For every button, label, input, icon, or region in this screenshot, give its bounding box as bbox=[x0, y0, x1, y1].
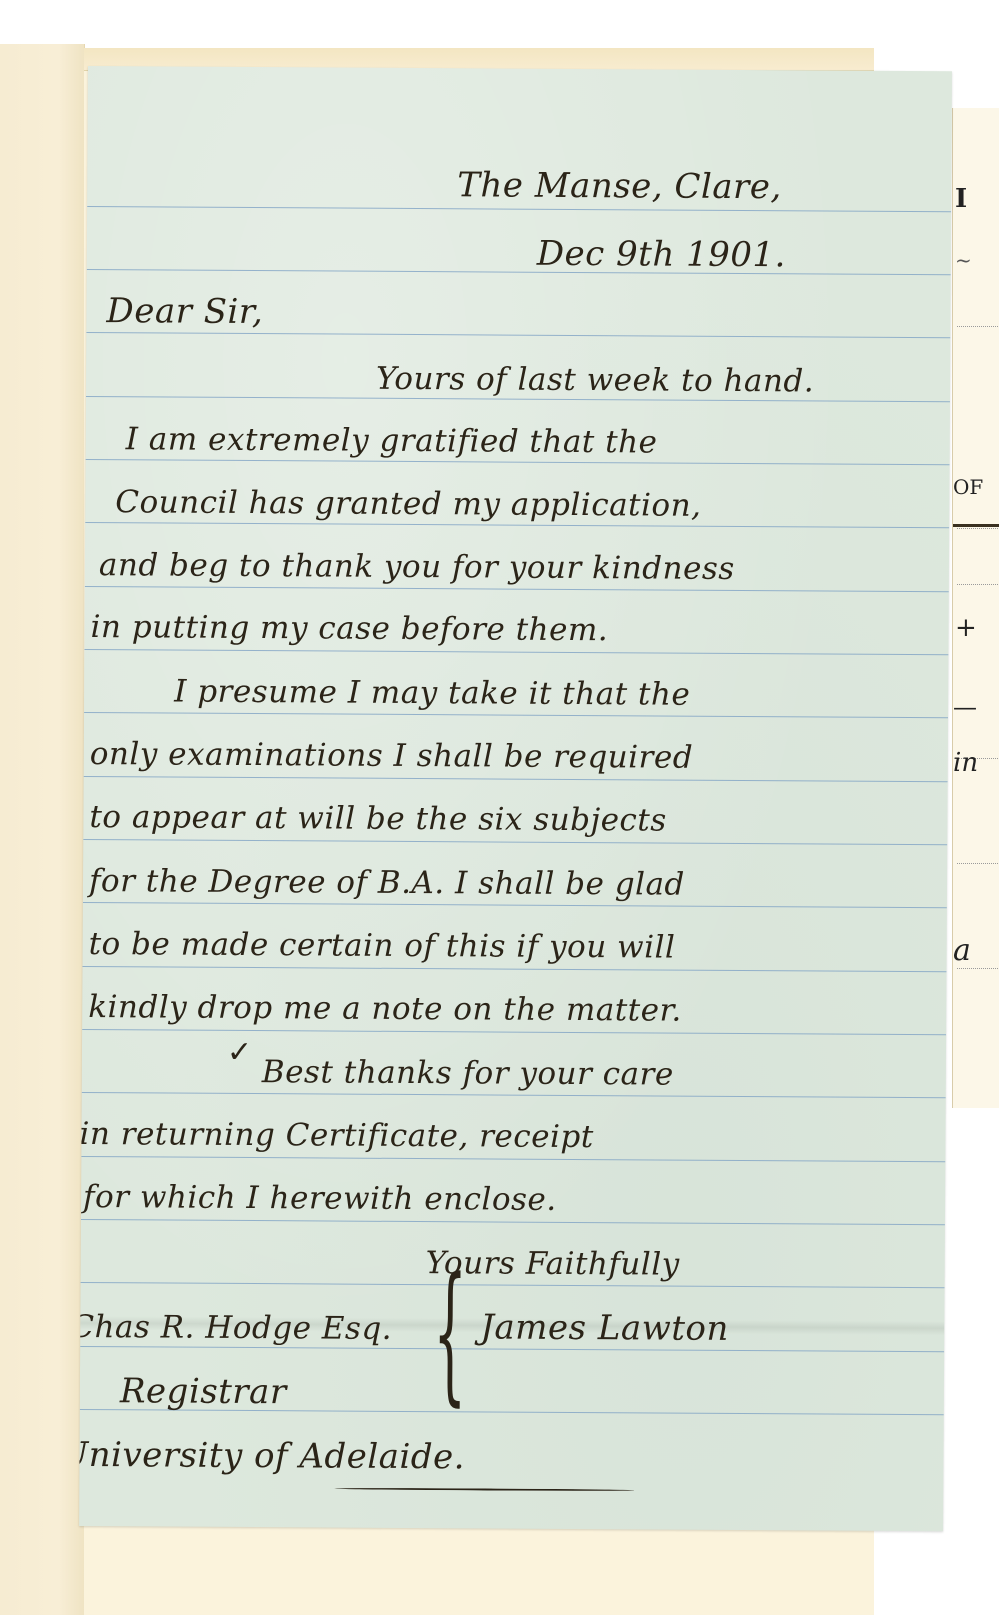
bracket-divider: { bbox=[433, 1258, 467, 1408]
ruled-line bbox=[83, 839, 947, 845]
dotted-rule bbox=[957, 968, 999, 969]
adjacent-printed-document: I ~ OF + — in a bbox=[952, 108, 999, 1108]
body-line-8: to appear at will be the six subjects bbox=[89, 802, 666, 837]
recipient-title: Registrar bbox=[120, 1374, 287, 1409]
body-line-6: I presume I may take it that the bbox=[174, 677, 690, 711]
ruled-line bbox=[87, 206, 951, 212]
signature: James Lawton bbox=[480, 1310, 729, 1346]
recipient-institution: University of Adelaide. bbox=[79, 1438, 465, 1474]
dotted-rule bbox=[957, 863, 999, 864]
ruled-line bbox=[84, 712, 948, 718]
ruled-line bbox=[81, 1156, 945, 1162]
printed-bar bbox=[953, 524, 999, 527]
book-page-left-margin bbox=[0, 44, 85, 1615]
ruled-line bbox=[83, 902, 947, 908]
institution-underline bbox=[334, 1488, 634, 1492]
body-line-4: and beg to thank you for your kindness bbox=[99, 550, 735, 585]
body-line-9: for the Degree of B.A. I shall be glad bbox=[89, 866, 685, 901]
body-line-5: in putting my case before them. bbox=[90, 612, 608, 646]
salutation: Dear Sir, bbox=[106, 294, 263, 329]
sender-address: The Manse, Clare, bbox=[457, 168, 782, 204]
ruled-line bbox=[81, 1219, 945, 1225]
body-line-14: for which I herewith enclose. bbox=[83, 1182, 557, 1216]
body-line-1: Yours of last week to hand. bbox=[376, 364, 814, 398]
ruled-line bbox=[87, 269, 951, 275]
ruled-line bbox=[86, 332, 950, 338]
ruled-line bbox=[84, 776, 948, 782]
dotted-rule bbox=[957, 326, 999, 327]
ruled-line bbox=[85, 586, 949, 592]
body-line-2: I am extremely gratified that the bbox=[126, 424, 658, 458]
printed-tilde: ~ bbox=[955, 248, 972, 272]
ruled-line bbox=[84, 649, 948, 655]
letter-sheet: The Manse, Clare, Dec 9th 1901. Dear Sir… bbox=[79, 66, 952, 1531]
body-line-11: kindly drop me a note on the matter. bbox=[88, 992, 682, 1027]
body-line-3: Council has granted my application, bbox=[115, 487, 701, 522]
handwritten-fragment-in: in bbox=[953, 748, 978, 778]
ruled-line bbox=[81, 1282, 945, 1288]
ruled-line bbox=[82, 1029, 946, 1035]
printed-glyph: I bbox=[955, 184, 967, 214]
letter-date: Dec 9th 1901. bbox=[537, 237, 786, 273]
body-line-13: in returning Certificate, receipt bbox=[79, 1119, 593, 1153]
body-line-7: only examinations I shall be required bbox=[90, 739, 694, 774]
dotted-rule bbox=[957, 528, 999, 529]
recipient-name: Chas R. Hodge Esq. bbox=[79, 1312, 392, 1345]
body-line-10: to be made certain of this if you will bbox=[89, 929, 676, 964]
handwritten-fragment-a: a bbox=[953, 933, 971, 968]
body-line-12: Best thanks for your care bbox=[262, 1057, 674, 1091]
scanned-letter-image: I ~ OF + — in a bbox=[0, 0, 999, 1615]
handwritten-fragment-plus: + bbox=[955, 613, 977, 643]
ruled-line bbox=[86, 459, 950, 465]
ruled-line bbox=[82, 1092, 946, 1098]
ruled-line bbox=[82, 966, 946, 972]
dotted-rule bbox=[957, 584, 999, 585]
checkmark-icon: ✓ bbox=[227, 1035, 252, 1070]
ruled-line bbox=[85, 522, 949, 528]
handwritten-fragment-dash: — bbox=[953, 693, 977, 721]
printed-of-text: OF bbox=[953, 475, 983, 499]
